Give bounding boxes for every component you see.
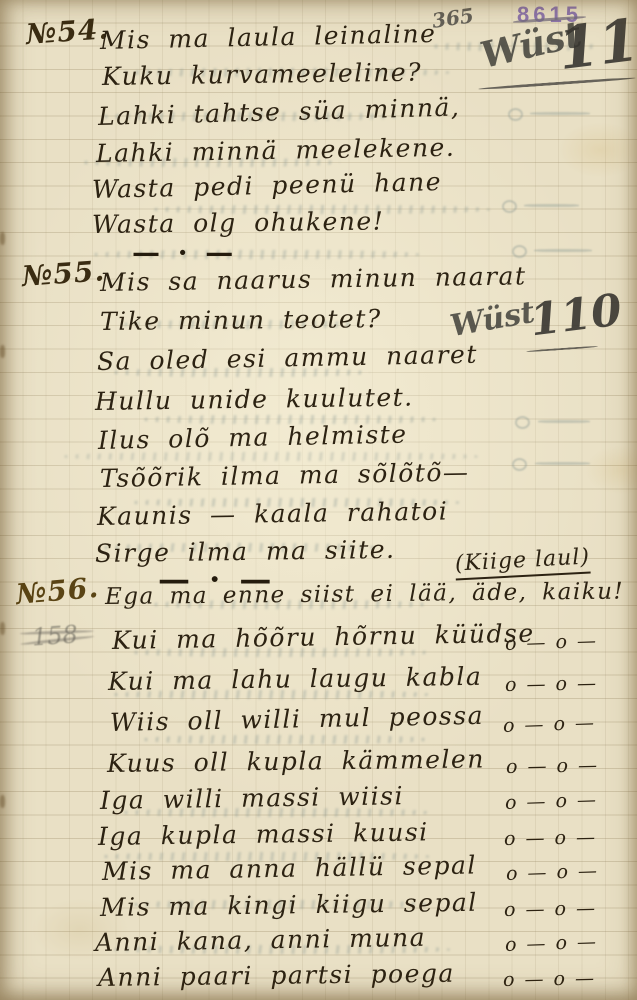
verse-line: Kuku kurvameeleline?	[102, 58, 422, 91]
song-number: №56.	[15, 571, 101, 611]
verse-line: Iga willi massi wiisi	[100, 781, 404, 815]
melody-notation: o — o —	[506, 754, 599, 778]
melody-notation: o — o —	[505, 630, 599, 655]
verse-line: Sa oled esi ammu naaret	[97, 340, 478, 376]
melody-notation: o — o —	[505, 931, 599, 956]
verse-line: Tike minun teotet?	[100, 304, 382, 336]
verse-line: Ilus olõ ma helmiste	[98, 420, 408, 455]
margin-scribble-crossed-out: 158	[25, 620, 85, 652]
verse-line: Anni paari partsi poega	[98, 959, 455, 992]
bleed-through-mark	[508, 108, 523, 121]
wust-annotation-number: 110	[527, 285, 624, 347]
verse-separator: — · —	[132, 236, 237, 269]
bleed-through-mark	[524, 204, 579, 207]
verse-line: Kui ma hõõru hõrnu küüdse	[112, 619, 535, 655]
verse-line: Anni kana, anni muna	[95, 923, 426, 957]
verse-line: Wasta olg ohukene!	[92, 206, 385, 239]
bleed-through-mark	[512, 245, 527, 258]
pencil-archive-number: 365	[431, 3, 476, 33]
melody-notation: o — o —	[505, 789, 599, 814]
melody-notation: o — o —	[504, 826, 597, 850]
wust-underline	[526, 345, 598, 352]
melody-notation: o — o —	[505, 672, 598, 696]
wust-annotation-label: Wüst	[448, 295, 538, 344]
melody-notation: o — o —	[503, 967, 596, 991]
verse-line: Wasta pedi peenü hane	[92, 167, 443, 204]
melody-notation: o — o —	[506, 860, 600, 885]
verse-line: Kuus oll kupla kämmelen	[107, 744, 485, 778]
verse-line: Tsõõrik ilma ma sõlõtõ—	[100, 458, 470, 493]
paper-edge-nick	[0, 622, 5, 635]
paper-edge-nick	[0, 795, 5, 808]
verse-line: Lahki minnä meelekene.	[96, 133, 456, 168]
paper-edge-nick	[0, 232, 5, 245]
song-type-note: (Kiige laul)	[454, 544, 590, 580]
bleed-through-mark	[538, 420, 590, 423]
melody-notation: o — o —	[504, 897, 597, 921]
bleed-through-mark	[530, 112, 590, 115]
bleed-through-mark	[502, 200, 517, 213]
verse-line: Lahki tahtse süa minnä,	[98, 93, 461, 131]
verse-line: Kaunis — kaala rahatoi	[97, 496, 449, 531]
wust-annotation-number: 110	[554, 1, 637, 83]
verse-line: Wiis oll willi mul peossa	[110, 701, 485, 737]
verse-line: Mis ma anna hällü sepal	[102, 850, 477, 886]
bleed-through-mark	[512, 458, 527, 471]
bleed-through-mark	[515, 416, 530, 429]
bleed-through-mark	[535, 462, 590, 465]
song-number: №54.	[25, 12, 110, 51]
verse-line: Mis ma laula leinaline	[100, 19, 437, 55]
bleed-through-mark	[534, 249, 592, 252]
paper-edge-nick	[0, 345, 5, 358]
song-number: №55.	[21, 254, 106, 293]
bleed-through-squiggle	[140, 735, 430, 744]
verse-line: Mis sa naarus minun naarat	[100, 261, 527, 297]
verse-line: Hullu unide kuulutet.	[95, 383, 414, 416]
verse-line: Mis ma kingi kiigu sepal	[100, 888, 478, 922]
melody-notation: o — o —	[503, 712, 597, 737]
wust-underline	[478, 76, 636, 90]
verse-line: Iga kupla massi kuusi	[98, 817, 429, 851]
verse-line: Kui ma lahu laugu kabla	[108, 662, 483, 696]
manuscript-page: 365 8615 Wüst 110 №54. Mis ma laula lein…	[0, 0, 637, 1000]
verse-line: Ega ma enne siist ei lää, äde, kaiku!	[105, 579, 624, 610]
